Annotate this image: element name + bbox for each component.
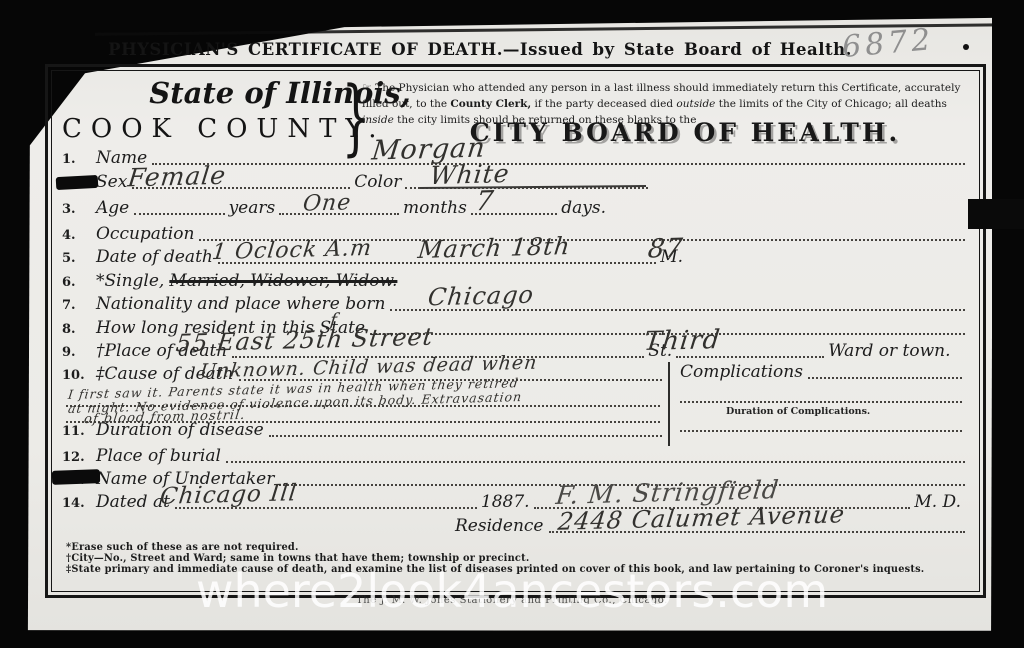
struck-marital-options: Married, Widower, Widow. (169, 271, 402, 291)
complications-divider (668, 362, 670, 446)
scanned-death-certificate: PHYSICIAN'S CERTIFICATE OF DEATH.—Issued… (0, 0, 1024, 648)
hw-dated-place: Chicago Ill (159, 480, 299, 510)
complications-rule (680, 399, 962, 403)
footnote-1: *Erase such of these as are not required… (66, 542, 299, 553)
field-date-of-death: 5. Date of death M. (62, 247, 687, 267)
manicule-icon: ☞ (362, 81, 372, 94)
field-single: 6. *Single, Married, Widower, Widow. (62, 271, 402, 291)
scan-tab-mark (968, 199, 1024, 229)
ink-blot-row13 (52, 469, 100, 485)
scan-edge (992, 0, 1024, 648)
hw-age-months-lived: One (302, 190, 353, 216)
hw-death-year: 87 (646, 233, 685, 264)
hw-ward: Third (642, 325, 722, 357)
city-board-of-health-title: CITY BOARD OF HEALTH. (420, 118, 950, 147)
field-complications: Complications (680, 362, 962, 382)
county-name: COOK COUNTY. (62, 114, 386, 144)
watermark: where2look4ancestors.com (0, 564, 1024, 618)
hw-death-date: March 18th (416, 232, 572, 264)
footnote-2: †City—No., Street and Ward; same in town… (66, 553, 529, 564)
field-place-of-burial: 12. Place of burial (62, 446, 965, 466)
hw-age-days: 7 (474, 186, 496, 218)
hw-death-time: 1 Oclock A.m (211, 236, 374, 265)
ink-blot-row2 (56, 175, 99, 190)
duration-of-complications-rule (680, 428, 962, 432)
certificate-title: PHYSICIAN'S CERTIFICATE OF DEATH.—Issued… (40, 40, 920, 59)
hw-birthplace: Chicago (426, 281, 535, 312)
hw-sex: Female (126, 161, 227, 193)
duration-of-complications-label: Duration of Complications. (726, 406, 870, 417)
ink-dot (963, 44, 969, 50)
